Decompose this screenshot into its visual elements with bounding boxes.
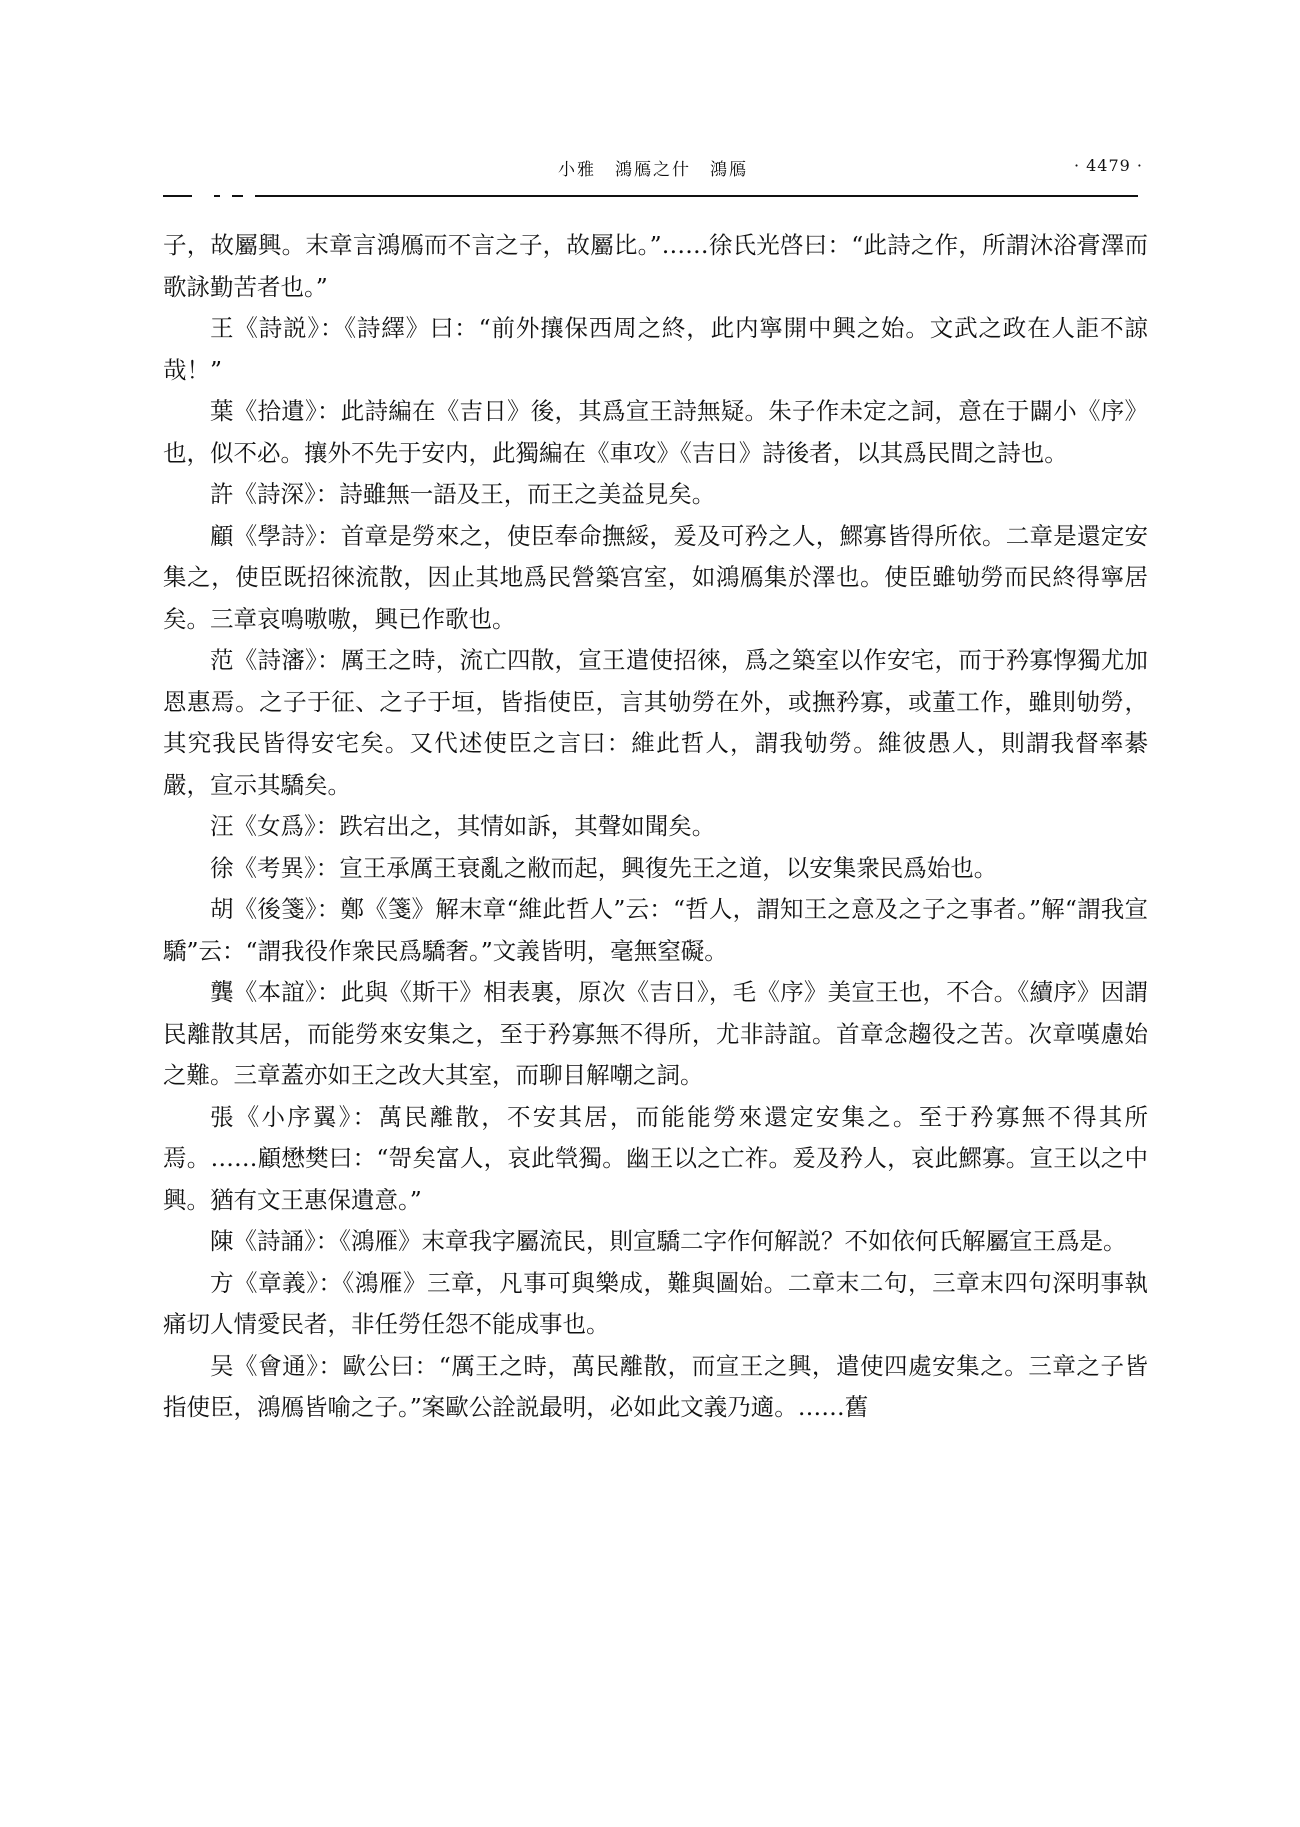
running-header: 小雅 鴻鴈之什 鴻鴈 · 4479 · bbox=[163, 155, 1143, 185]
paragraph: 龔《本誼》：此與《斯干》相表裏，原次《吉日》，毛《序》美宣王也，不合。《續序》因… bbox=[163, 972, 1148, 1097]
paragraph: 葉《拾遺》：此詩編在《吉日》後，其爲宣王詩無疑。朱子作未定之詞，意在于闢小《序》… bbox=[163, 391, 1148, 474]
paragraph: 吴《會通》：歐公曰：“厲王之時，萬民離散，而宣王之興，遣使四處安集之。三章之子皆… bbox=[163, 1346, 1148, 1429]
header-rule-segment bbox=[214, 195, 220, 197]
paragraph: 汪《女爲》：跌宕出之，其情如訴，其聲如聞矣。 bbox=[163, 806, 1148, 848]
page-number: · 4479 · bbox=[1074, 156, 1143, 175]
paragraph: 許《詩深》：詩雖無一語及王，而王之美益見矣。 bbox=[163, 474, 1148, 516]
paragraph: 張《小序翼》：萬民離散，不安其居，而能能勞來還定安集之。至于矜寡無不得其所焉。…… bbox=[163, 1097, 1148, 1222]
paragraph: 范《詩瀋》：厲王之時，流亡四散，宣王遣使招徠，爲之築室以作安宅，而于矜寡惸獨尤加… bbox=[163, 640, 1148, 806]
header-rule-segment bbox=[163, 195, 192, 197]
paragraph: 徐《考異》：宣王承厲王衰亂之敝而起，興復先王之道，以安集衆民爲始也。 bbox=[163, 848, 1148, 890]
paragraph: 方《章義》：《鴻雁》三章，凡事可與樂成，難與圖始。二章末二句，三章末四句深明事執… bbox=[163, 1263, 1148, 1346]
paragraph: 胡《後箋》：鄭《箋》解末章“維此哲人”云：“哲人，謂知王之意及之子之事者。”解“… bbox=[163, 889, 1148, 972]
header-rule-segment bbox=[232, 195, 243, 197]
paragraph: 子，故屬興。末章言鴻鴈而不言之子，故屬比。”……徐氏光啓曰：“此詩之作，所謂沐浴… bbox=[163, 225, 1148, 308]
paragraph: 王《詩説》：《詩繹》曰：“前外攘保西周之終，此内寧開中興之始。文武之政在人詎不諒… bbox=[163, 308, 1148, 391]
header-title: 小雅 鴻鴈之什 鴻鴈 bbox=[163, 155, 1143, 180]
paragraph: 顧《學詩》：首章是勞來之，使臣奉命撫綏，爰及可矜之人，鰥寡皆得所依。二章是還定安… bbox=[163, 516, 1148, 641]
paragraph: 陳《詩誦》：《鴻雁》末章我字屬流民，則宣驕二字作何解説？不如依何氏解屬宣王爲是。 bbox=[163, 1221, 1148, 1263]
document-body: 子，故屬興。末章言鴻鴈而不言之子，故屬比。”……徐氏光啓曰：“此詩之作，所謂沐浴… bbox=[163, 225, 1148, 1429]
header-rule bbox=[255, 195, 1138, 197]
